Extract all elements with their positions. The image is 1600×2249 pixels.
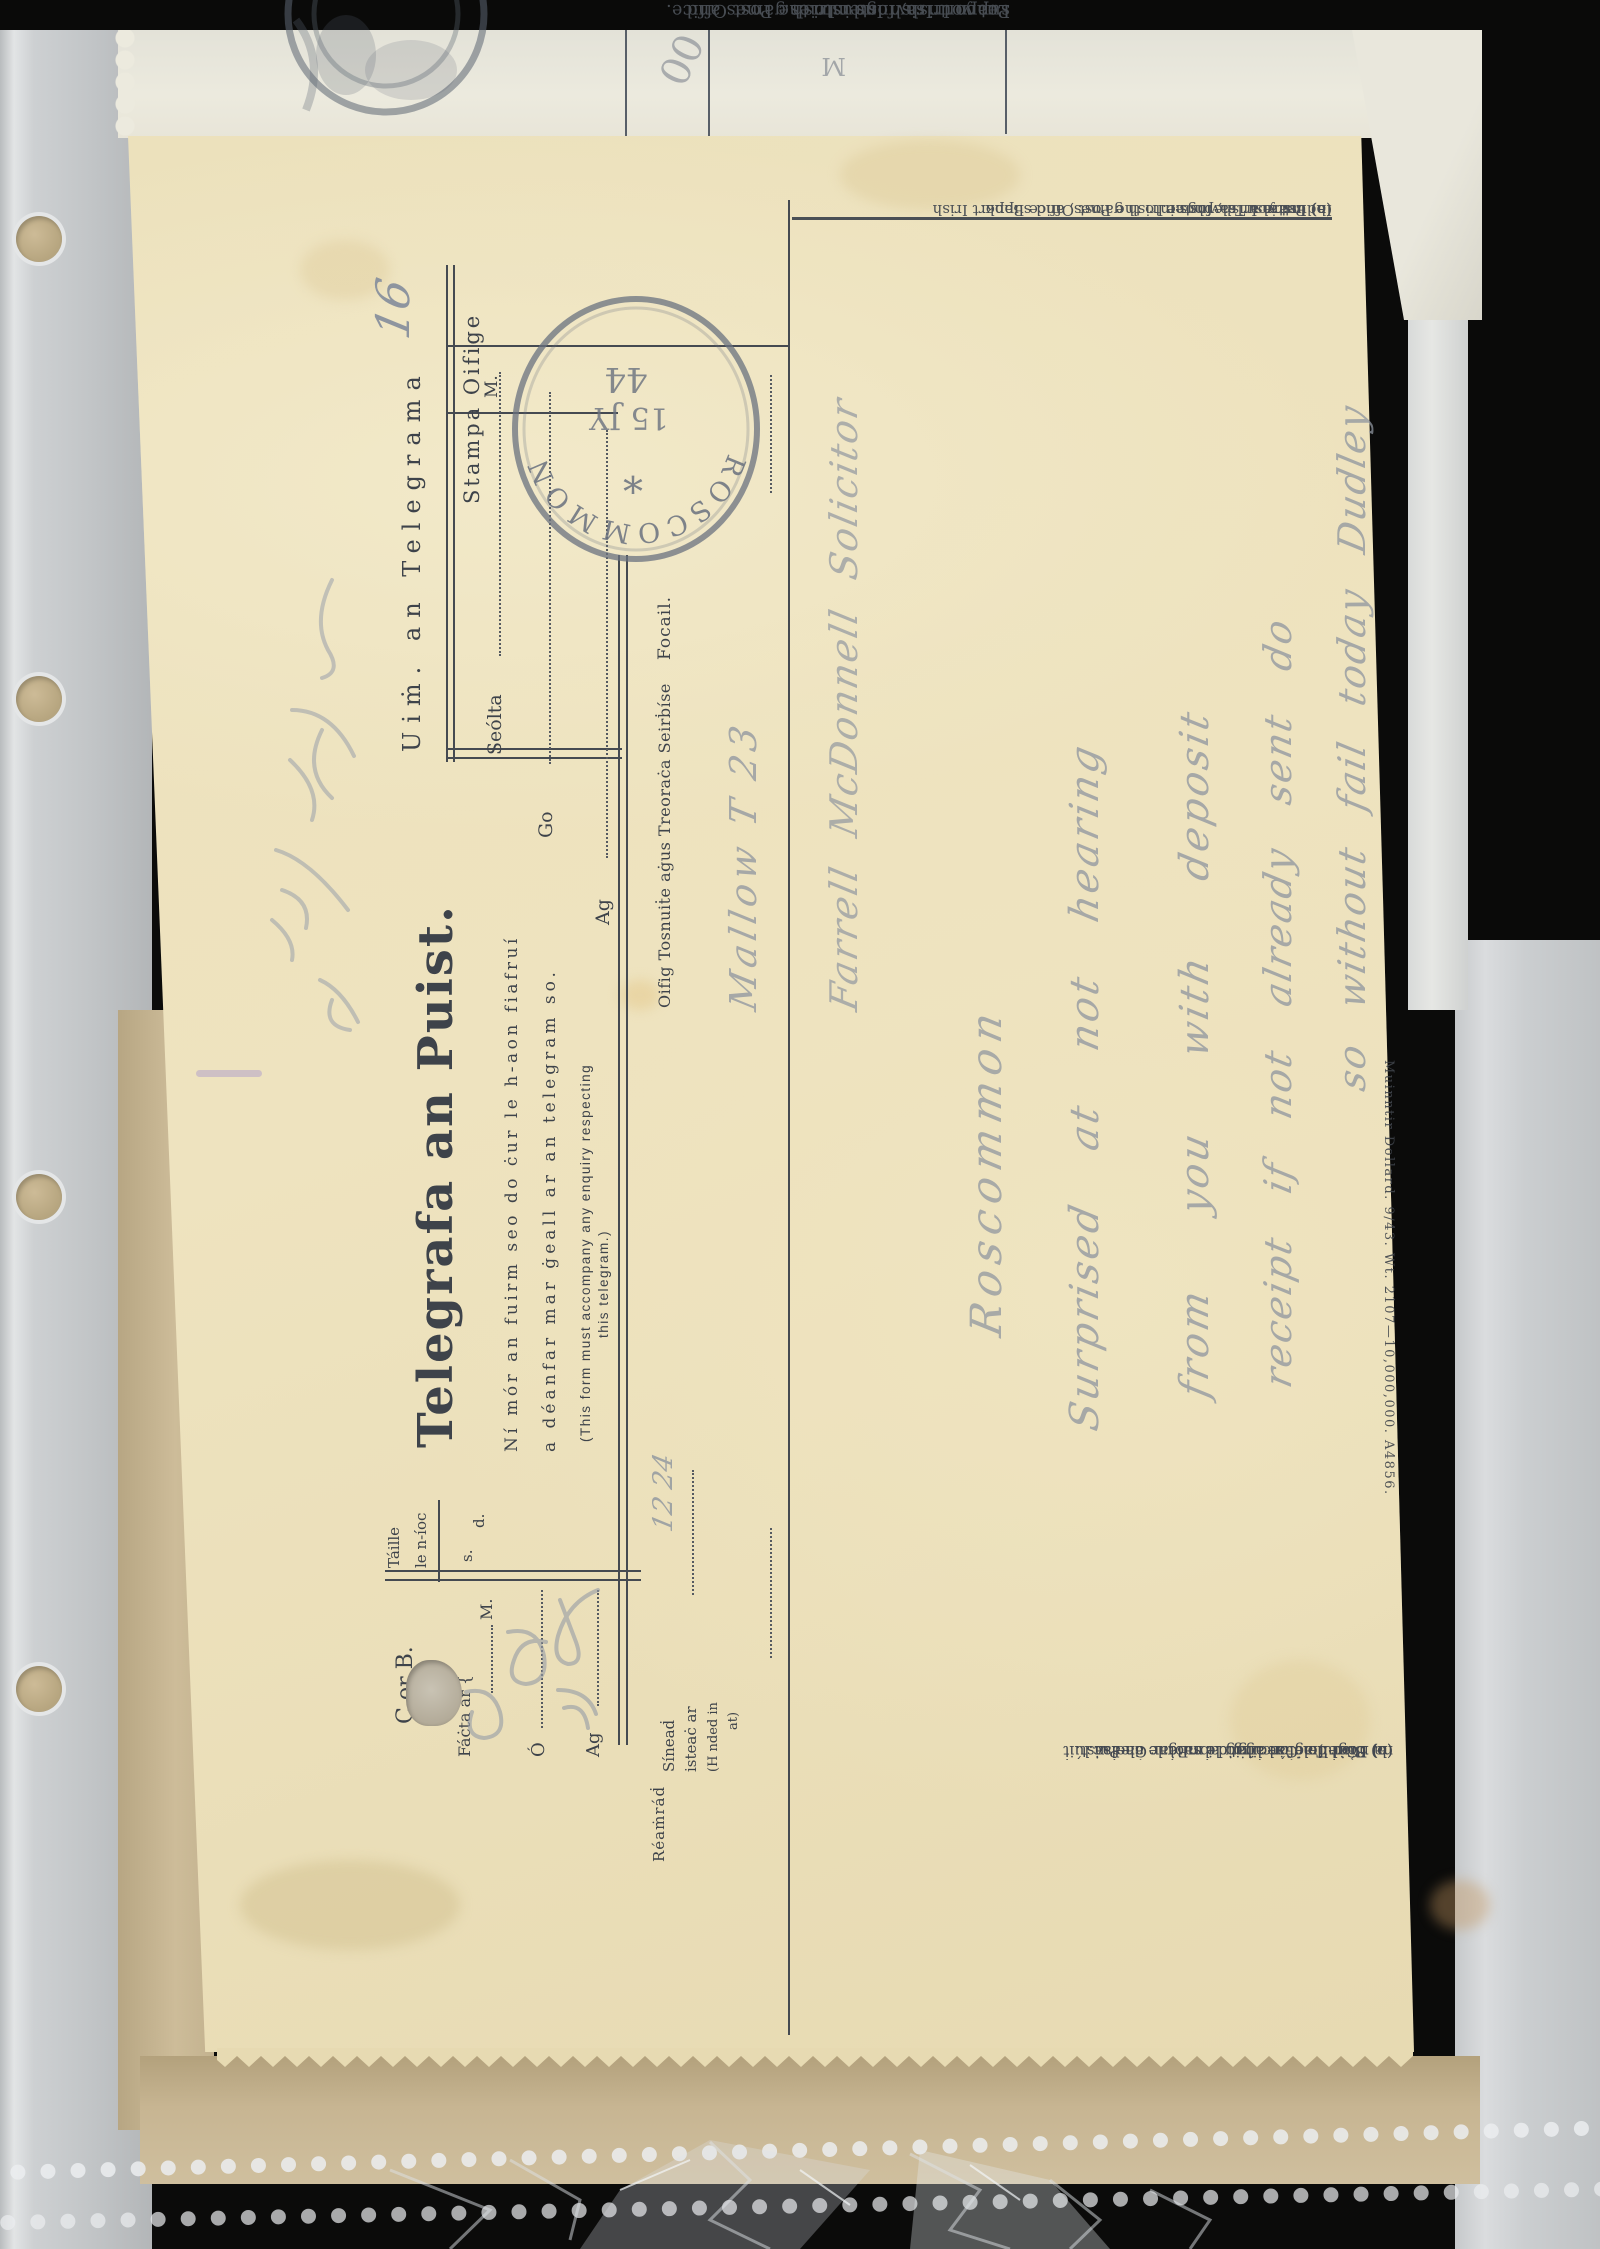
binder-hole bbox=[16, 1174, 62, 1220]
note-irish-1: Ní mór an fuirm seo do ċur le h-aon fiaf… bbox=[502, 776, 522, 1452]
backing-rule bbox=[1005, 30, 1007, 134]
label-m: M. bbox=[482, 364, 502, 398]
label-stampa-oifige: Stampa Oifige bbox=[460, 276, 484, 504]
binder-hole bbox=[16, 216, 62, 262]
form-rule bbox=[626, 555, 628, 1745]
message-box-border bbox=[788, 200, 790, 2035]
dotted-rule bbox=[770, 375, 772, 493]
form-rule bbox=[446, 748, 622, 750]
stain bbox=[240, 1860, 460, 1950]
form-rule bbox=[618, 555, 620, 1745]
handwritten-message-line: from you with deposit bbox=[1172, 347, 1218, 1402]
note-english-1: (This form must accompany any enquiry re… bbox=[578, 1022, 593, 1442]
form-rule bbox=[446, 265, 448, 762]
handwritten-message-line: receipt if not already sent do bbox=[1256, 247, 1300, 1391]
form-rule bbox=[453, 265, 455, 762]
stain bbox=[1430, 1880, 1490, 1930]
instruction-line: (c) Bíoḋ Telefón aġat. bbox=[1225, 1739, 1393, 1763]
stain bbox=[1230, 1660, 1370, 1780]
leader-line bbox=[499, 372, 501, 656]
form-heading: Telegrafa an Puist. bbox=[408, 788, 464, 1448]
stamp-smudge-m: M bbox=[806, 52, 846, 80]
handwritten-message-line: Surprised at not hearing bbox=[1062, 580, 1108, 1435]
partial-postmark-icon bbox=[236, 0, 536, 150]
label-uimh-an-telegrama: Uiṁ. an Telegrama bbox=[398, 294, 426, 752]
handwritten-office-origin: Mallow T 23 bbox=[722, 605, 765, 1014]
label-oifig-tosnuithe: Oifig Tosnuiṫe aġus Treoraċa Seirḃíse bbox=[655, 660, 674, 1008]
label-at: at) bbox=[726, 1686, 741, 1730]
binder-hole bbox=[16, 676, 62, 722]
handwritten-addressee: Farrell McDonnell Solicitor bbox=[822, 215, 866, 1014]
binder-hole bbox=[16, 1666, 62, 1712]
deckle-edge bbox=[205, 2048, 1417, 2074]
dotted-rule bbox=[770, 1528, 772, 1658]
backing-rule bbox=[625, 30, 627, 136]
label-isteach-ar: isteaċ ar bbox=[682, 1612, 700, 1772]
label-reamhradh: Réaṁráḋ bbox=[650, 1744, 668, 1862]
svg-text:44: 44 bbox=[604, 359, 647, 399]
form-rule bbox=[438, 1500, 440, 1582]
handwritten-number: 16 bbox=[366, 212, 420, 343]
handwritten-address: Roscommon bbox=[962, 850, 1012, 1341]
label-s: s. bbox=[458, 1534, 476, 1562]
svg-text:*: * bbox=[623, 454, 643, 500]
handwritten-time: 12 24 bbox=[648, 1378, 679, 1535]
handwritten-message-line: so without fail today Dudley bbox=[1330, 225, 1374, 1094]
pencil-scribble bbox=[262, 560, 382, 1040]
pencil-mark bbox=[196, 1070, 262, 1077]
sleeve-right-edge bbox=[1455, 940, 1600, 2249]
instruction-line: (e) Instal a Telephone. bbox=[1162, 200, 1332, 221]
form-rule bbox=[446, 757, 622, 759]
label-hnded-in: (H nded in bbox=[706, 1626, 721, 1772]
note-irish-2: a déanfar mar ġeall ar an telegram so. bbox=[540, 800, 560, 1452]
deckle-scallops bbox=[112, 30, 138, 142]
label-taille: Táille bbox=[385, 1460, 403, 1568]
promo-line: Put your savings into the Post Office. bbox=[666, 0, 1010, 26]
crinkled-plastic bbox=[150, 2130, 1450, 2249]
label-d: d. bbox=[470, 1500, 488, 1528]
label-seolta: Seólta bbox=[484, 655, 506, 755]
scanned-telegram-page: Learn Irish, foster Irish games and supp… bbox=[0, 0, 1600, 2249]
label-ag: Ag bbox=[592, 869, 614, 925]
label-focail: Focail. bbox=[655, 564, 675, 660]
note-english-2: this telegram.) bbox=[596, 1138, 611, 1338]
roscommon-postmark-icon: 44 15 JY * ROSCOMMON bbox=[505, 292, 767, 566]
label-le-nioc: le n-íoc bbox=[412, 1452, 430, 1568]
leader-line bbox=[692, 1470, 694, 1595]
svg-text:15 JY: 15 JY bbox=[588, 400, 669, 435]
pencil-scribble-charges bbox=[448, 1572, 618, 1752]
